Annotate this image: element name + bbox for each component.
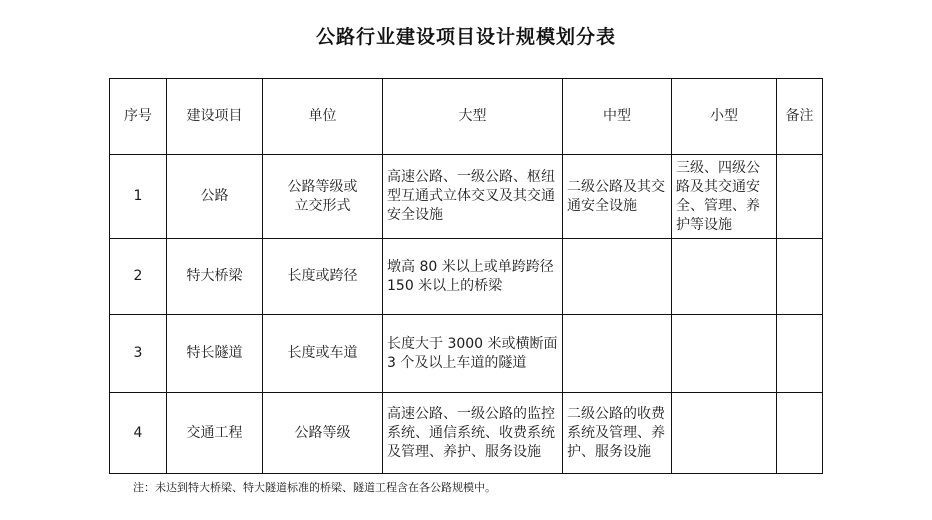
cell-medium: 二级公路的收费系统及管理、养护、服务设施 bbox=[563, 393, 672, 474]
header-medium: 中型 bbox=[563, 79, 672, 155]
table-header-row: 序号 建设项目 单位 大型 中型 小型 备注 bbox=[110, 79, 823, 155]
header-no: 序号 bbox=[110, 79, 167, 155]
table-row: 2 特大桥梁 长度或跨径 墩高 80 米以上或单跨跨径 150 米以上的桥梁 bbox=[110, 239, 823, 315]
header-project: 建设项目 bbox=[167, 79, 263, 155]
cell-large: 墩高 80 米以上或单跨跨径 150 米以上的桥梁 bbox=[383, 239, 563, 315]
cell-project: 特长隧道 bbox=[167, 315, 263, 393]
cell-no: 3 bbox=[110, 315, 167, 393]
cell-remark bbox=[777, 315, 823, 393]
cell-large: 长度大于 3000 米或横断面 3 个及以上车道的隧道 bbox=[383, 315, 563, 393]
cell-small: 三级、四级公路及其交通安全、管理、养护等设施 bbox=[672, 155, 777, 239]
cell-small bbox=[672, 393, 777, 474]
cell-no: 4 bbox=[110, 393, 167, 474]
table-row: 4 交通工程 公路等级 高速公路、一级公路的监控系统、通信系统、收费系统及管理、… bbox=[110, 393, 823, 474]
header-small: 小型 bbox=[672, 79, 777, 155]
cell-remark bbox=[777, 155, 823, 239]
cell-small bbox=[672, 239, 777, 315]
cell-project: 特大桥梁 bbox=[167, 239, 263, 315]
cell-medium: 二级公路及其交通安全设施 bbox=[563, 155, 672, 239]
cell-medium bbox=[563, 239, 672, 315]
cell-no: 1 bbox=[110, 155, 167, 239]
document-title: 公路行业建设项目设计规模划分表 bbox=[0, 22, 932, 49]
cell-unit: 公路等级 bbox=[263, 393, 383, 474]
cell-project: 交通工程 bbox=[167, 393, 263, 474]
header-large: 大型 bbox=[383, 79, 563, 155]
header-unit: 单位 bbox=[263, 79, 383, 155]
header-remark: 备注 bbox=[777, 79, 823, 155]
cell-small bbox=[672, 315, 777, 393]
cell-large: 高速公路、一级公路、枢纽型互通式立体交叉及其交通安全设施 bbox=[383, 155, 563, 239]
table-row: 3 特长隧道 长度或车道 长度大于 3000 米或横断面 3 个及以上车道的隧道 bbox=[110, 315, 823, 393]
cell-unit: 长度或跨径 bbox=[263, 239, 383, 315]
table-row: 1 公路 公路等级或立交形式 高速公路、一级公路、枢纽型互通式立体交叉及其交通安… bbox=[110, 155, 823, 239]
cell-unit: 公路等级或立交形式 bbox=[263, 155, 383, 239]
cell-remark bbox=[777, 393, 823, 474]
cell-large: 高速公路、一级公路的监控系统、通信系统、收费系统及管理、养护、服务设施 bbox=[383, 393, 563, 474]
cell-no: 2 bbox=[110, 239, 167, 315]
cell-remark bbox=[777, 239, 823, 315]
cell-project: 公路 bbox=[167, 155, 263, 239]
cell-unit: 长度或车道 bbox=[263, 315, 383, 393]
scale-classification-table: 序号 建设项目 单位 大型 中型 小型 备注 1 公路 公路等级或立交形式 高速… bbox=[109, 78, 823, 474]
table-footnote: 注：未达到特大桥梁、特大隧道标准的桥梁、隧道工程含在各公路规模中。 bbox=[133, 479, 496, 495]
cell-medium bbox=[563, 315, 672, 393]
